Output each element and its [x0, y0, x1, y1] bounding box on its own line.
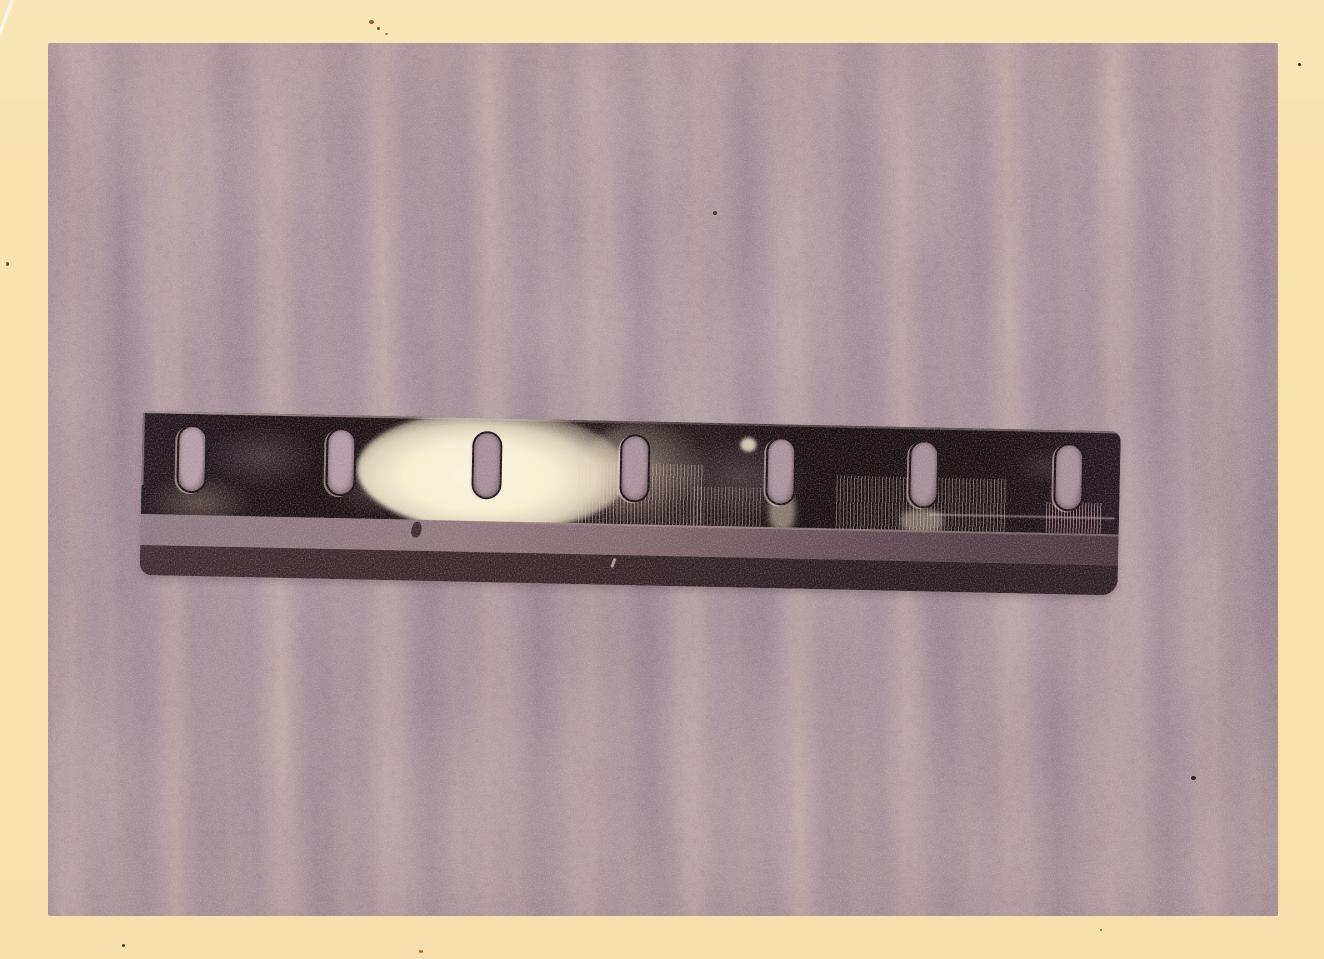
dust-speck: [1191, 776, 1196, 780]
dust-speck: [419, 950, 423, 953]
blade-slot: [908, 440, 939, 509]
dust-speck: [377, 27, 380, 30]
blade-slot: [1053, 443, 1084, 512]
blade-slot: [176, 425, 207, 494]
dust-speck: [1100, 929, 1102, 931]
blade-slot: [471, 431, 502, 500]
dust-speck: [369, 20, 374, 24]
blade-slot: [765, 437, 796, 506]
dust-speck: [385, 33, 388, 35]
edge-scratch-mark: [610, 558, 616, 568]
dust-speck: [6, 262, 9, 266]
dust-speck: [122, 944, 125, 947]
corner-scratch: [0, 0, 14, 37]
blade-slot: [619, 434, 650, 503]
bevel-chip-mark: [410, 521, 424, 539]
photo-interior: [48, 43, 1278, 916]
photo-print: [0, 0, 1324, 959]
grinding-marks: [693, 487, 764, 527]
blade-slot: [325, 428, 356, 497]
blade: [140, 411, 1121, 595]
dust-speck: [1298, 63, 1301, 66]
reflection-dot: [740, 438, 756, 452]
blade-left-edge-highlight: [141, 413, 145, 485]
dust-speck: [713, 211, 717, 215]
